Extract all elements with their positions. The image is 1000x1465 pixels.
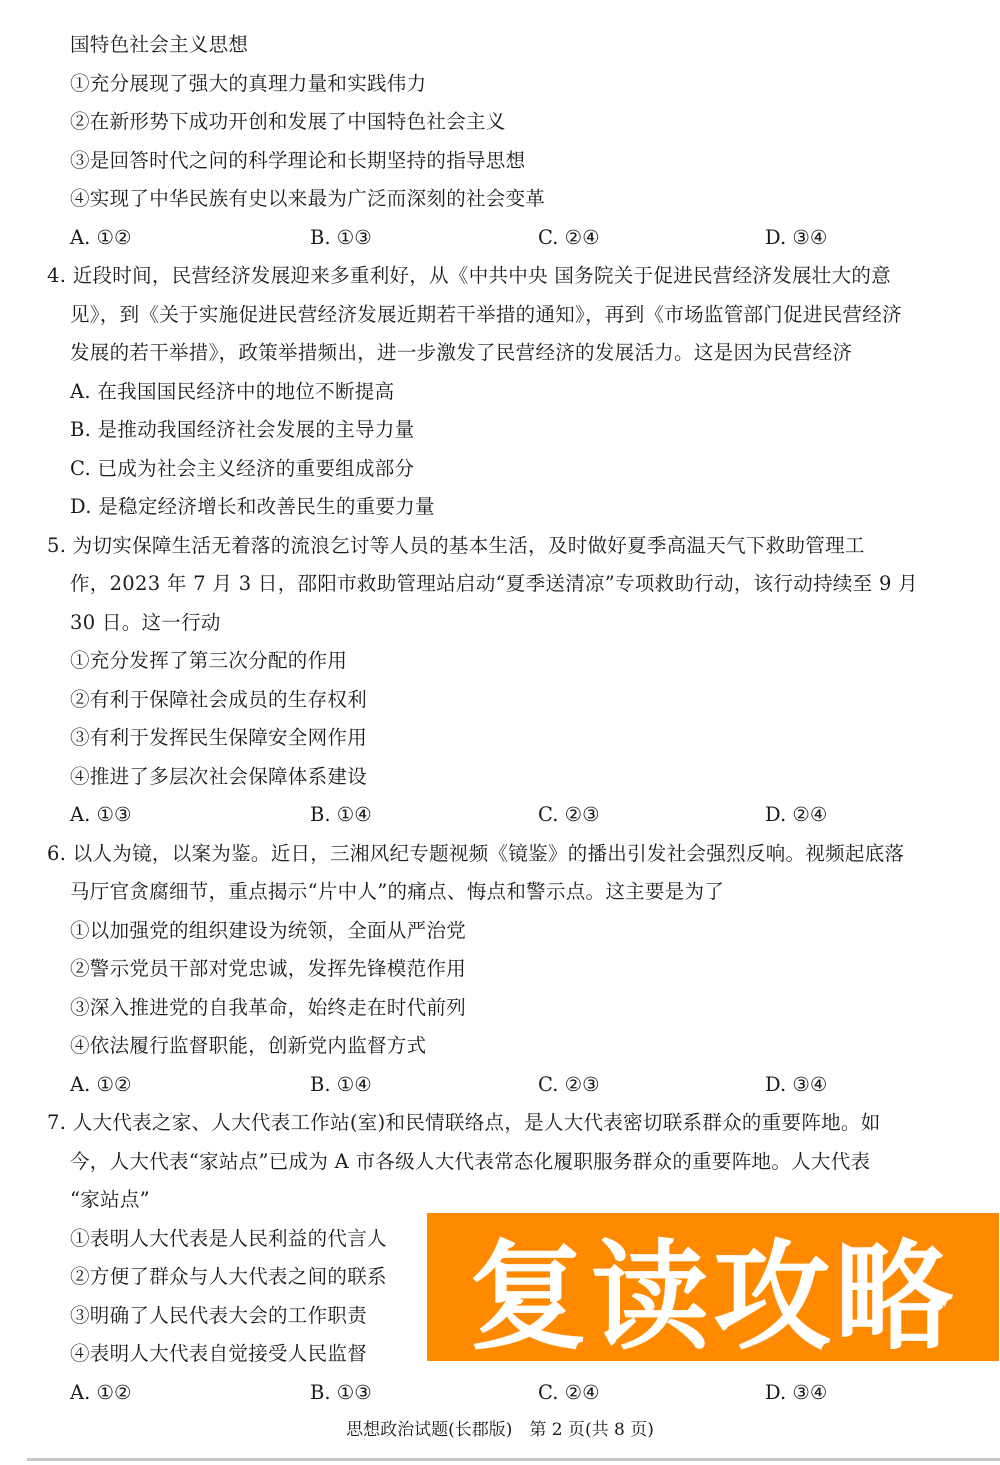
page-footer: 思想政治试题(长郡版) 第 2 页(共 8 页) <box>0 1418 1000 1442</box>
q5-option-d: D. ②④ <box>765 802 827 828</box>
q6-option-b: B. ①④ <box>310 1072 372 1098</box>
q3-option-d: D. ③④ <box>765 225 827 251</box>
q6-statement-3: ③深入推进党的自我革命，始终走在时代前列 <box>70 995 466 1021</box>
q7-option-d: D. ③④ <box>765 1380 827 1406</box>
q7-option-a: A. ①② <box>70 1380 131 1406</box>
q4-option-d: D. 是稳定经济增长和改善民生的重要力量 <box>70 494 435 520</box>
q4-option-a: A. 在我国国民经济中的地位不断提高 <box>70 379 394 405</box>
q3-statement-2: ②在新形势下成功开创和发展了中国特色社会主义 <box>70 109 506 135</box>
q4-stem-line-3: 发展的若干举措》，政策举措频出，进一步激发了民营经济的发展活力。这是因为民营经济 <box>70 340 852 366</box>
q5-statement-3: ③有利于发挥民生保障安全网作用 <box>70 725 367 751</box>
q3-stem-tail: 国特色社会主义思想 <box>70 32 248 58</box>
q7-statement-3: ③明确了人民代表大会的工作职责 <box>70 1303 367 1329</box>
q6-option-c: C. ②③ <box>538 1072 600 1098</box>
q7-stem-line-3: “家站点” <box>70 1187 150 1213</box>
q4-option-b: B. 是推动我国经济社会发展的主导力量 <box>70 417 414 443</box>
q3-option-a: A. ①② <box>70 225 131 251</box>
q6-stem-line-1: 6. 以人为镜，以案为鉴。近日，三湘风纪专题视频《镜鉴》的播出引发社会强烈反响。… <box>47 841 904 867</box>
q7-stem-line-2: 今，人大代表“家站点”已成为 A 市各级人大代表常态化履职服务群众的重要阵地。人… <box>70 1149 870 1175</box>
q6-stem-line-2: 马厅官贪腐细节，重点揭示“片中人”的痛点、悔点和警示点。这主要是为了 <box>70 879 724 905</box>
page-bottom-divider <box>27 1458 1000 1461</box>
q6-option-a: A. ①② <box>70 1072 131 1098</box>
q5-statement-4: ④推进了多层次社会保障体系建设 <box>70 764 367 790</box>
q6-option-d: D. ③④ <box>765 1072 827 1098</box>
q7-statement-2: ②方便了群众与人大代表之间的联系 <box>70 1264 387 1290</box>
exam-page: 国特色社会主义思想 ①充分展现了强大的真理力量和实践伟力 ②在新形势下成功开创和… <box>0 0 1000 1465</box>
watermark-banner: 复读攻略 <box>427 1213 999 1361</box>
q5-option-a: A. ①③ <box>70 802 131 828</box>
q5-stem-line-2: 作，2023 年 7 月 3 日，邵阳市救助管理站启动“夏季送清凉”专项救助行动… <box>70 571 918 597</box>
q4-stem-line-1: 4. 近段时间，民营经济发展迎来多重利好，从《中共中央 国务院关于促进民营经济发… <box>47 263 891 289</box>
q3-option-c: C. ②④ <box>538 225 600 251</box>
q4-option-c: C. 已成为社会主义经济的重要组成部分 <box>70 456 414 482</box>
q7-statement-1: ①表明人大代表是人民利益的代言人 <box>70 1226 387 1252</box>
q4-stem-line-2: 见》，到《关于实施促进民营经济发展近期若干举措的通知》，再到《市场监管部门促进民… <box>70 302 902 328</box>
q7-option-c: C. ②④ <box>538 1380 600 1406</box>
q6-statement-4: ④依法履行监督职能，创新党内监督方式 <box>70 1033 426 1059</box>
q7-stem-line-1: 7. 人大代表之家、人大代表工作站(室)和民情联络点，是人大代表密切联系群众的重… <box>47 1110 881 1136</box>
q6-statement-2: ②警示党员干部对党忠诚，发挥先锋模范作用 <box>70 956 466 982</box>
q5-statement-2: ②有利于保障社会成员的生存权利 <box>70 687 367 713</box>
q7-option-b: B. ①③ <box>310 1380 372 1406</box>
q3-statement-1: ①充分展现了强大的真理力量和实践伟力 <box>70 71 426 97</box>
q5-stem-line-1: 5. 为切实保障生活无着落的流浪乞讨等人员的基本生活，及时做好夏季高温天气下救助… <box>47 533 865 559</box>
q5-stem-line-3: 30 日。这一行动 <box>70 610 221 636</box>
q5-option-c: C. ②③ <box>538 802 600 828</box>
q5-statement-1: ①充分发挥了第三次分配的作用 <box>70 648 347 674</box>
q3-statement-4: ④实现了中华民族有史以来最为广泛而深刻的社会变革 <box>70 186 545 212</box>
q7-statement-4: ④表明人大代表自觉接受人民监督 <box>70 1341 367 1367</box>
q6-statement-1: ①以加强党的组织建设为统领，全面从严治党 <box>70 918 466 944</box>
q3-option-b: B. ①③ <box>310 225 372 251</box>
q5-option-b: B. ①④ <box>310 802 372 828</box>
q3-statement-3: ③是回答时代之问的科学理论和长期坚持的指导思想 <box>70 148 525 174</box>
